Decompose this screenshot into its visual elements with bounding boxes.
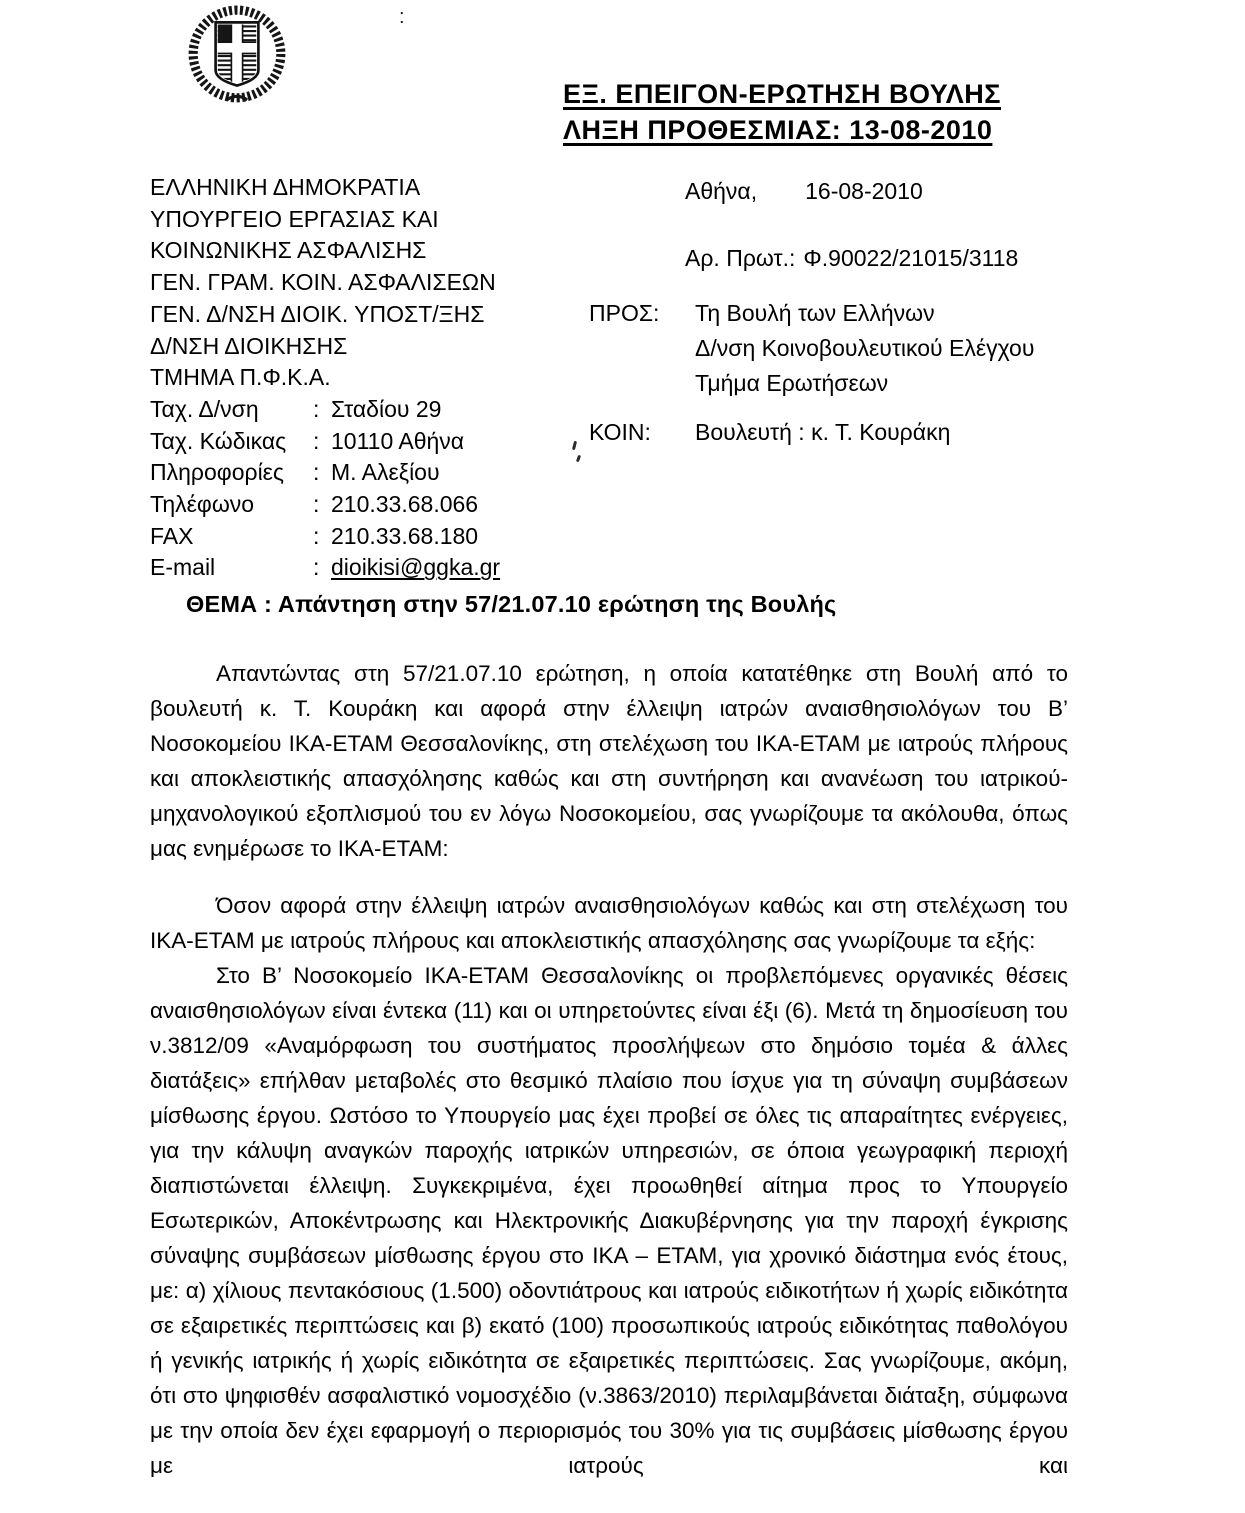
contact-row-postcode: Ταχ. Κώδικας : 10110 Αθήνα bbox=[150, 426, 500, 458]
document-page: : ΕΞ. ΕΠΕΙΓΟΝ-ΕΡΩΤΗΣΗ ΒΟΥΛΗΣ ΛΗΞΗ ΠΡΟΘΕΣ… bbox=[0, 0, 1245, 1513]
protocol-label: Αρ. Πρωτ.: bbox=[685, 245, 795, 271]
contact-separator: : bbox=[313, 521, 331, 553]
city-label: Αθήνα, bbox=[685, 178, 757, 204]
urgent-line: ΕΞ. ΕΠΕΙΓΟΝ-ΕΡΩΤΗΣΗ ΒΟΥΛΗΣ bbox=[563, 76, 1001, 112]
contact-label: Πληροφορίες bbox=[150, 457, 313, 489]
contact-row-fax: FAX : 210.33.68.180 bbox=[150, 521, 500, 553]
scan-speckle bbox=[576, 455, 581, 463]
sender-line: ΓΕΝ. ΓΡΑΜ. ΚΟΙΝ. ΑΣΦΑΛΙΣΕΩΝ bbox=[150, 267, 500, 299]
contact-row-phone: Τηλέφωνο : 210.33.68.066 bbox=[150, 489, 500, 521]
protocol-number: Φ.90022/21015/3118 bbox=[803, 245, 1018, 271]
contact-label: E-mail bbox=[150, 552, 313, 584]
cc-recipient: Βουλευτή : κ. Τ. Κουράκη bbox=[695, 415, 950, 450]
contact-row-email: E-mail : dioikisi@ggka.gr bbox=[150, 552, 500, 584]
letter-body: Απαντώντας στη 57/21.07.10 ερώτηση, η οπ… bbox=[150, 656, 1068, 1483]
contact-label: Ταχ. Δ/νση bbox=[150, 394, 313, 426]
contact-value: 210.33.68.180 bbox=[331, 521, 478, 553]
body-paragraph: Στο Β’ Νοσοκομείο ΙΚΑ-ΕΤΑΜ Θεσσαλονίκης … bbox=[150, 958, 1068, 1483]
to-recipient-line: Τμήμα Ερωτήσεων bbox=[695, 366, 1034, 401]
contact-label: Τηλέφωνο bbox=[150, 489, 313, 521]
contact-separator: : bbox=[313, 394, 331, 426]
sender-line: ΕΛΛΗΝΙΚΗ ΔΗΜΟΚΡΑΤΙΑ bbox=[150, 172, 500, 204]
sender-line: ΤΜΗΜΑ Π.Φ.Κ.Α. bbox=[150, 362, 500, 394]
to-recipient-line: Τη Βουλή των Ελλήνων bbox=[695, 296, 1034, 331]
urgent-header: ΕΞ. ΕΠΕΙΓΟΝ-ΕΡΩΤΗΣΗ ΒΟΥΛΗΣ ΛΗΞΗ ΠΡΟΘΕΣΜΙ… bbox=[563, 76, 1001, 148]
scan-speckle bbox=[572, 441, 577, 450]
cc-label: ΚΟΙΝ: bbox=[589, 415, 651, 450]
email-link[interactable]: dioikisi@ggka.gr bbox=[331, 552, 500, 584]
body-paragraph: Όσον αφορά στην έλλειψη ιατρών αναισθησι… bbox=[150, 888, 1068, 958]
contact-label: Ταχ. Κώδικας bbox=[150, 426, 313, 458]
contact-value: Σταδίου 29 bbox=[331, 394, 441, 426]
sender-line: ΓΕΝ. Δ/ΝΣΗ ΔΙΟΙΚ. ΥΠΟΣΤ/ΞΗΣ bbox=[150, 299, 500, 331]
contact-separator: : bbox=[313, 457, 331, 489]
to-recipient-line: Δ/νση Κοινοβουλευτικού Ελέγχου bbox=[695, 331, 1034, 366]
body-paragraph: Απαντώντας στη 57/21.07.10 ερώτηση, η οπ… bbox=[150, 656, 1068, 866]
contact-separator: : bbox=[313, 489, 331, 521]
scan-artifact-colon: : bbox=[399, 6, 405, 29]
contact-value: 210.33.68.066 bbox=[331, 489, 478, 521]
sender-line: ΚΟΙΝΩΝΙΚΗΣ ΑΣΦΑΛΙΣΗΣ bbox=[150, 235, 500, 267]
contact-row-information: Πληροφορίες : Μ. Αλεξίου bbox=[150, 457, 500, 489]
subject-line: ΘΕΜΑ : Απάντηση στην 57/21.07.10 ερώτηση… bbox=[186, 591, 836, 618]
greek-national-emblem-icon bbox=[186, 3, 288, 109]
protocol-line: Αρ. Πρωτ.:Φ.90022/21015/3118 bbox=[685, 241, 1018, 276]
contact-value: 10110 Αθήνα bbox=[331, 426, 464, 458]
to-recipient-block: Τη Βουλή των Ελλήνων Δ/νση Κοινοβουλευτι… bbox=[695, 296, 1034, 401]
deadline-line: ΛΗΞΗ ΠΡΟΘΕΣΜΙΑΣ: 13-08-2010 bbox=[563, 112, 1001, 148]
sender-line: Δ/ΝΣΗ ΔΙΟΙΚΗΣΗΣ bbox=[150, 331, 500, 363]
sender-line: ΥΠΟΥΡΓΕΙΟ ΕΡΓΑΣΙΑΣ ΚΑΙ bbox=[150, 204, 500, 236]
sender-block: ΕΛΛΗΝΙΚΗ ΔΗΜΟΚΡΑΤΙΑ ΥΠΟΥΡΓΕΙΟ ΕΡΓΑΣΙΑΣ Κ… bbox=[150, 172, 500, 584]
contact-value: Μ. Αλεξίου bbox=[331, 457, 440, 489]
city-date-line: Αθήνα,16-08-2010 bbox=[685, 174, 923, 209]
to-label: ΠΡΟΣ: bbox=[589, 296, 659, 331]
contact-separator: : bbox=[313, 552, 331, 584]
letter-date: 16-08-2010 bbox=[805, 178, 923, 204]
contact-separator: : bbox=[313, 426, 331, 458]
contact-label: FAX bbox=[150, 521, 313, 553]
contact-row-address: Ταχ. Δ/νση : Σταδίου 29 bbox=[150, 394, 500, 426]
